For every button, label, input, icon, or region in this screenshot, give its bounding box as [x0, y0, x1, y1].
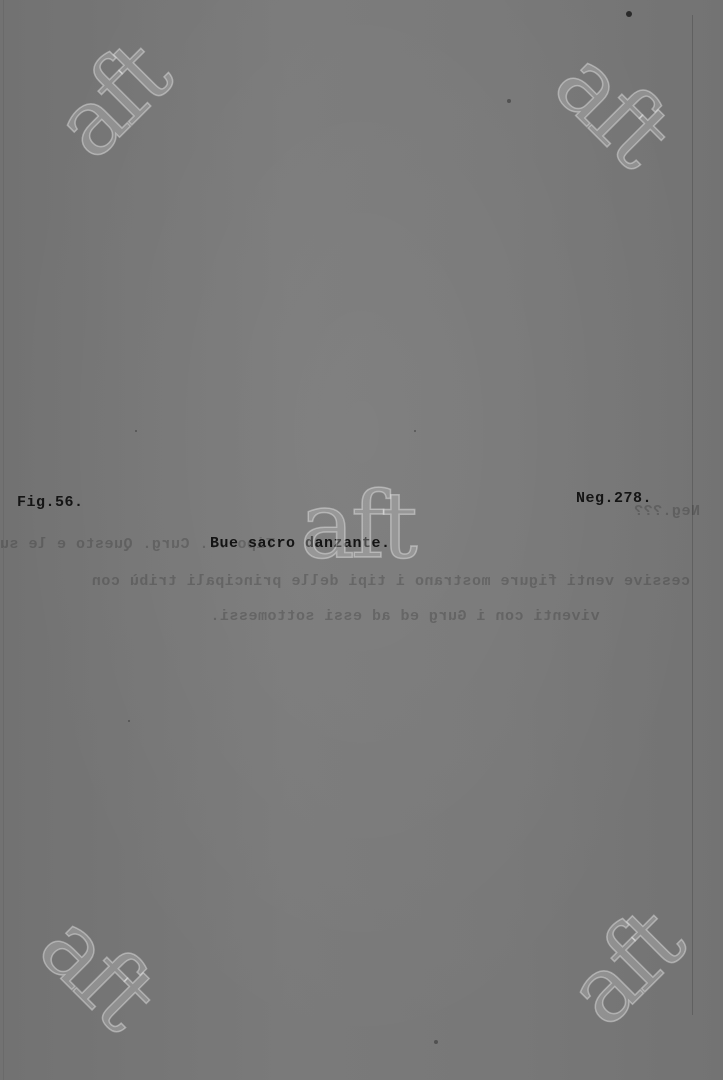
dust-speck — [414, 430, 416, 432]
dust-speck — [434, 1040, 438, 1044]
watermark-logo: aft — [24, 898, 170, 1044]
dust-speck — [626, 11, 632, 17]
bleed-through-line: Neg.??? — [440, 503, 700, 520]
dust-speck — [128, 720, 130, 722]
negative-number: Neg.278. — [576, 490, 652, 507]
watermark-logo: aft — [300, 480, 414, 572]
watermark-logo: aft — [39, 28, 185, 174]
watermark-logo: aft — [539, 35, 685, 181]
bleed-through-line: viventi con i Gurg ed ad essi sottomessi… — [210, 608, 690, 625]
dust-speck — [135, 430, 137, 432]
figure-number: Fig.56. — [17, 494, 84, 511]
scanned-card: Neg.??? Tipo ... Curg. Questo e le sue c… — [0, 0, 723, 1080]
dust-speck — [507, 99, 511, 103]
watermark-logo: aft — [552, 895, 698, 1041]
